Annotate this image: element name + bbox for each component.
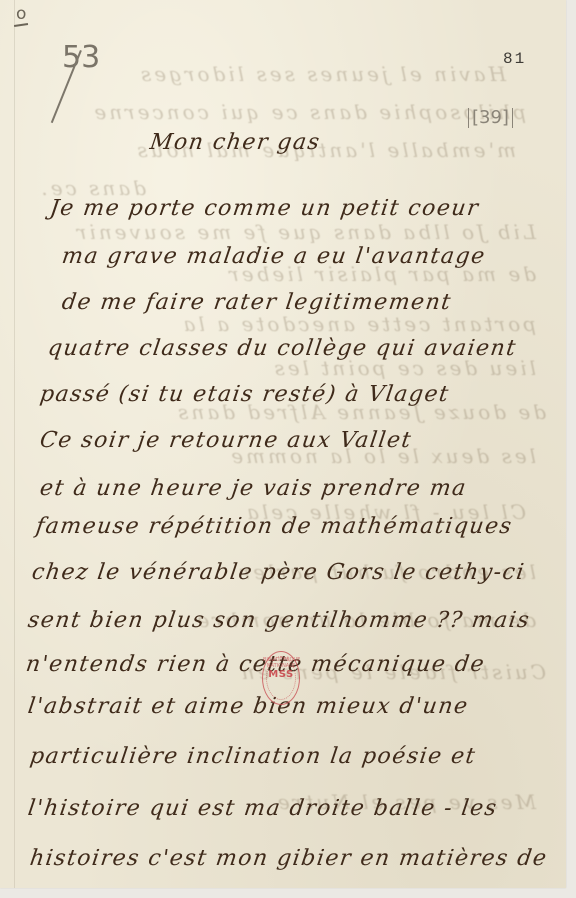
letter-line: Je me porte comme un petit coeur	[48, 196, 481, 221]
letter-line: chez le vénérable père Gors le cethy-ci	[30, 560, 526, 585]
letter-line: histoires c'est mon gibier en matières d…	[28, 846, 549, 871]
letter-line: Ce soir je retourne aux Vallet	[38, 428, 413, 453]
letter-line: sent bien plus son gentilhomme ?? mais	[26, 608, 532, 633]
letter-line: passé (si tu etais resté) à Vlaget	[38, 382, 451, 407]
stamp-center-text: MSS	[263, 669, 299, 680]
letter-line: quatre classes du collège qui avaient	[46, 336, 518, 361]
letter-line: particulière inclination la poésie et	[28, 744, 478, 769]
letter-line: l'histoire qui est ma droite balle - les	[26, 796, 499, 821]
bleed-line: philosophie dans ce qui concerne	[0, 100, 526, 124]
letter-line: fameuse répétition de mathématiques	[34, 514, 514, 539]
folio-number: 81	[503, 50, 526, 68]
letter-line: n'entends rien à cette mécanique de	[24, 652, 487, 677]
old-folio-number: 53	[62, 40, 100, 75]
stamp-ring-text: BIBLIOTHÈQUE NATIONALE	[263, 657, 299, 669]
library-stamp: BIBLIOTHÈQUE NATIONALE MSS	[262, 651, 300, 705]
bracket-page-number: [39]	[468, 108, 513, 128]
letter-line: l'abstrait et aime bien mieux d'une	[26, 694, 470, 719]
top-left-mark: o	[16, 4, 26, 24]
page-edge-shadow	[14, 0, 15, 888]
manuscript-page: Havin el jeunes ses lidorges philosophie…	[0, 0, 566, 888]
bleed-line: Lib Jo llba dans que fe me souvenir	[0, 220, 536, 244]
letter-salutation: Mon cher gas	[148, 130, 322, 155]
bleed-line: portant cette anecdote a la	[0, 312, 536, 336]
letter-line: de me faire rater legitimement	[60, 290, 453, 315]
letter-line: et à une heure je vais prendre ma	[38, 476, 468, 501]
letter-line: ma grave maladie a eu l'avantage	[60, 244, 487, 269]
